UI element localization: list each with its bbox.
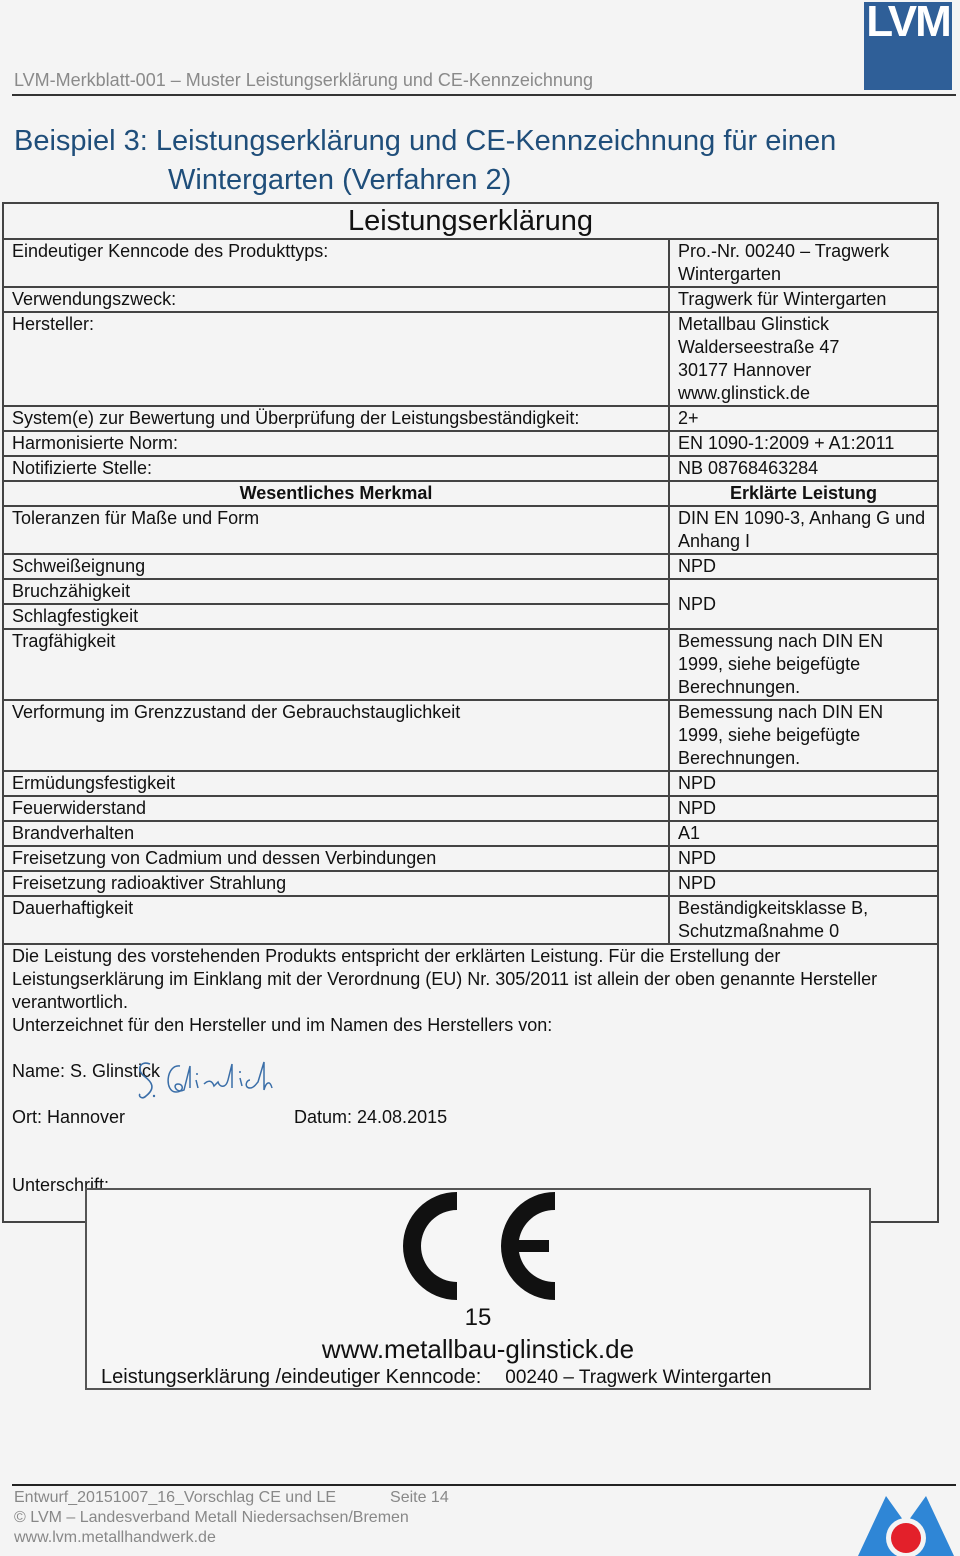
characteristic-name: Tragfähigkeit [3, 629, 669, 700]
value-notified-body: NB 08768463284 [669, 456, 938, 481]
characteristic-value: NPD [669, 846, 938, 871]
table-row: Bruchzähigkeit NPD [3, 579, 938, 604]
characteristic-value: NPD [669, 771, 938, 796]
page-title: Beispiel 3: Leistungserklärung und CE-Ke… [14, 122, 836, 200]
ce-declaration-code: Leistungserklärung /eindeutiger Kenncode… [101, 1366, 771, 1389]
table-row: Tragfähigkeit Bemessung nach DIN EN 1999… [3, 629, 938, 700]
table-row: Feuerwiderstand NPD [3, 796, 938, 821]
characteristic-name: Freisetzung von Cadmium und dessen Verbi… [3, 846, 669, 871]
page-title-line2: Wintergarten (Verfahren 2) [14, 161, 836, 200]
table-row: Brandverhalten A1 [3, 821, 938, 846]
characteristic-name: Ermüdungsfestigkeit [3, 771, 669, 796]
label-harmonised-standard: Harmonisierte Norm: [3, 431, 669, 456]
label-product-code: Eindeutiger Kenncode des Produkttyps: [3, 239, 669, 287]
characteristic-value: DIN EN 1090-3, Anhang G und Anhang I [669, 506, 938, 554]
declaration-heading: Leistungserklärung [3, 203, 938, 239]
label-manufacturer: Hersteller: [3, 312, 669, 406]
page-title-line1: Beispiel 3: Leistungserklärung und CE-Ke… [14, 125, 836, 157]
ce-code-label: Leistungserklärung /eindeutiger Kenncode… [101, 1366, 481, 1388]
characteristic-name: Bruchzähigkeit [3, 579, 669, 604]
signed-for-text: Unterzeichnet für den Hersteller und im … [12, 1014, 929, 1037]
document-header-title: LVM-Merkblatt-001 – Muster Leistungserkl… [14, 70, 593, 91]
table-row: Schweißeignung NPD [3, 554, 938, 579]
place-date-row: Ort: Hannover Datum: 24.08.2015 [12, 1106, 929, 1129]
manufacturer-city: 30177 Hannover [678, 359, 929, 382]
manufacturer-website: www.glinstick.de [678, 382, 929, 405]
ce-label-box: 15 www.metallbau-glinstick.de Leistungse… [85, 1188, 871, 1390]
table-row: Ermüdungsfestigkeit NPD [3, 771, 938, 796]
notified-body-number: 15 [87, 1304, 869, 1332]
manufacturer-street: Walderseestraße 47 [678, 336, 929, 359]
footer-filename: Entwurf_20151007_16_Vorschlag CE und LE [14, 1489, 336, 1506]
table-row: Verformung im Grenzzustand der Gebrauchs… [3, 700, 938, 771]
table-row: Dauerhaftigkeit Beständigkeitsklasse B, … [3, 896, 938, 944]
characteristic-value: NPD [669, 796, 938, 821]
page-footer: Entwurf_20151007_16_Vorschlag CE und LES… [14, 1488, 449, 1548]
label-avcp-system: System(e) zur Bewertung und Überprüfung … [3, 406, 669, 431]
table-row: Toleranzen für Maße und Form DIN EN 1090… [3, 506, 938, 554]
characteristic-value: Bemessung nach DIN EN 1999, siehe beigef… [669, 629, 938, 700]
footer-divider [12, 1484, 956, 1486]
column-header-performance: Erklärte Leistung [669, 481, 938, 506]
value-manufacturer: Metallbau Glinstick Walderseestraße 47 3… [669, 312, 938, 406]
label-intended-use: Verwendungszweck: [3, 287, 669, 312]
ce-code-value: 00240 – Tragwerk Wintergarten [505, 1367, 771, 1388]
manufacturer-name: Metallbau Glinstick [678, 313, 929, 336]
handwritten-signature [136, 1058, 316, 1104]
footer-url: www.lvm.metallhandwerk.de [14, 1528, 449, 1548]
place-of-issue: Ort: Hannover [12, 1106, 294, 1129]
characteristic-value: NPD [669, 579, 938, 629]
value-product-code: Pro.-Nr. 00240 – Tragwerk Wintergarten [669, 239, 938, 287]
table-row: Freisetzung von Cadmium und dessen Verbi… [3, 846, 938, 871]
characteristic-name: Verformung im Grenzzustand der Gebrauchs… [3, 700, 669, 771]
value-harmonised-standard: EN 1090-1:2009 + A1:2011 [669, 431, 938, 456]
characteristic-value: Bemessung nach DIN EN 1999, siehe beigef… [669, 700, 938, 771]
characteristic-name: Schweißeignung [3, 554, 669, 579]
characteristic-value: A1 [669, 821, 938, 846]
characteristic-value: NPD [669, 554, 938, 579]
header-divider [12, 94, 956, 96]
manufacturer-url: www.metallbau-glinstick.de [87, 1334, 869, 1365]
lvm-logo-text: LVM [864, 2, 952, 42]
characteristic-name: Feuerwiderstand [3, 796, 669, 821]
lvm-logo: LVM [864, 2, 952, 90]
table-row: Freisetzung radioaktiver Strahlung NPD [3, 871, 938, 896]
characteristic-value: NPD [669, 871, 938, 896]
characteristic-name: Toleranzen für Maße und Form [3, 506, 669, 554]
label-notified-body: Notifizierte Stelle: [3, 456, 669, 481]
characteristic-name: Dauerhaftigkeit [3, 896, 669, 944]
characteristic-name: Brandverhalten [3, 821, 669, 846]
footer-copyright: © LVM – Landesverband Metall Niedersachs… [14, 1508, 449, 1528]
value-intended-use: Tragwerk für Wintergarten [669, 287, 938, 312]
characteristic-value: Beständigkeitsklasse B, Schutzmaßnahme 0 [669, 896, 938, 944]
value-avcp-system: 2+ [669, 406, 938, 431]
characteristic-name: Schlagfestigkeit [3, 604, 669, 629]
conformity-statement: Die Leistung des vorstehenden Produkts e… [12, 945, 929, 1014]
column-header-characteristic: Wesentliches Merkmal [3, 481, 669, 506]
lvm-m-logo-icon [856, 1490, 956, 1556]
footer-page-number: Seite 14 [390, 1489, 449, 1506]
ce-mark-icon [397, 1190, 557, 1302]
date-of-issue: Datum: 24.08.2015 [294, 1106, 447, 1129]
characteristic-name: Freisetzung radioaktiver Strahlung [3, 871, 669, 896]
